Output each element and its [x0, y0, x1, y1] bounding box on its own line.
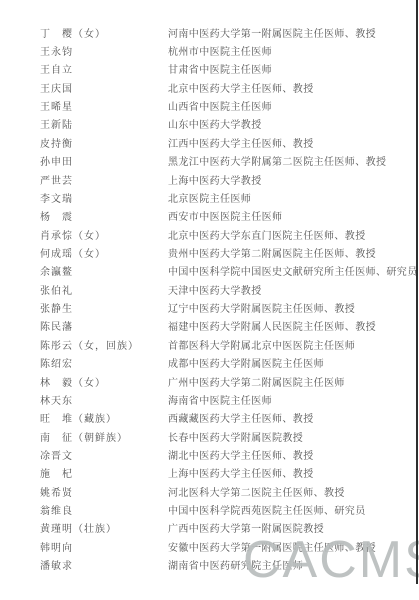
- person-affiliation: 贵州中医药大学第二附属医院主任医师、教授: [168, 245, 419, 260]
- person-affiliation: 西藏藏医药大学主任医师、教授: [168, 410, 419, 425]
- person-name: 王自立: [40, 61, 168, 76]
- list-row: 南 征（朝鲜族）长春中医药大学附属医院教授: [0, 427, 419, 445]
- person-name: 陈绍宏: [40, 355, 168, 370]
- person-affiliation: 首都医科大学附属北京中医医院主任医师: [168, 337, 419, 352]
- list-row: 林 毅（女）广州中医药大学第二附属医院主任医师: [0, 372, 419, 390]
- person-affiliation: 山东中医药大学教授: [168, 116, 419, 131]
- person-name: 翁维良: [40, 502, 168, 517]
- person-affiliation: 福建中医药大学附属人民医院主任医师、教授: [168, 318, 419, 333]
- person-name: 张静生: [40, 300, 168, 315]
- list-row: 王庆国北京中医药大学主任医师、教授: [0, 78, 419, 96]
- person-affiliation: 天津中医药大学教授: [168, 282, 419, 297]
- list-row: 肖承悰（女）北京中医药大学东直门医院主任医师、教授: [0, 225, 419, 243]
- list-row: 孙申田黑龙江中医药大学附属第二医院主任医师、教授: [0, 152, 419, 170]
- person-affiliation: 北京医院主任医师: [168, 190, 419, 205]
- list-row: 余瀛鳌中国中医科学院中国医史文献研究所主任医师、研究员: [0, 262, 419, 280]
- list-row: 王永钧杭州市中医院主任医师: [0, 41, 419, 59]
- list-row: 李文瑞北京医院主任医师: [0, 188, 419, 206]
- person-affiliation: 上海中医药大学主任医师、教授: [168, 465, 419, 480]
- person-name: 何成瑶（女）: [40, 245, 168, 260]
- person-name: 王庆国: [40, 80, 168, 95]
- person-name: 李文瑞: [40, 190, 168, 205]
- person-affiliation: 杭州市中医院主任医师: [168, 43, 419, 58]
- person-name: 潘敏求: [40, 557, 168, 572]
- person-affiliation: 上海中医药大学教授: [168, 172, 419, 187]
- person-name: 王新陆: [40, 116, 168, 131]
- person-affiliation: 河北医科大学第二医院主任医师、教授: [168, 484, 419, 499]
- person-affiliation: 北京中医药大学东直门医院主任医师、教授: [168, 227, 419, 242]
- list-row: 陈彤云（女，回族）首都医科大学附属北京中医医院主任医师: [0, 335, 419, 353]
- person-name: 余瀛鳌: [40, 263, 168, 278]
- person-name: 丁 樱（女）: [40, 25, 168, 40]
- person-name: 南 征（朝鲜族）: [40, 429, 168, 444]
- person-affiliation: 长春中医药大学附属医院教授: [168, 429, 419, 444]
- list-row: 陈民藩福建中医药大学附属人民医院主任医师、教授: [0, 317, 419, 335]
- list-row: 严世芸上海中医药大学教授: [0, 170, 419, 188]
- person-affiliation: 黑龙江中医药大学附属第二医院主任医师、教授: [168, 153, 419, 168]
- person-name: 严世芸: [40, 172, 168, 187]
- person-name: 姚希贤: [40, 484, 168, 499]
- person-name: 陈彤云（女，回族）: [40, 337, 168, 352]
- person-name: 王永钧: [40, 43, 168, 58]
- list-row: 施 杞上海中医药大学主任医师、教授: [0, 464, 419, 482]
- person-affiliation: 江西中医药大学主任医师、教授: [168, 135, 419, 150]
- person-affiliation: 山西省中医院主任医师: [168, 98, 419, 113]
- person-affiliation: 北京中医药大学主任医师、教授: [168, 80, 419, 95]
- person-name: 孙申田: [40, 153, 168, 168]
- person-affiliation: 甘肃省中医院主任医师: [168, 61, 419, 76]
- list-row: 林天东海南省中医院主任医师: [0, 390, 419, 408]
- person-name: 陈民藩: [40, 318, 168, 333]
- person-name: 凃晋文: [40, 447, 168, 462]
- list-row: 张伯礼天津中医药大学教授: [0, 280, 419, 298]
- person-affiliation: 河南中医药大学第一附属医院主任医师、教授: [168, 25, 419, 40]
- list-row: 陈绍宏成都中医药大学附属医院主任医师: [0, 353, 419, 371]
- person-name: 杨 震: [40, 208, 168, 223]
- person-name: 林 毅（女）: [40, 374, 168, 389]
- list-row: 杨 震西安市中医医院主任医师: [0, 207, 419, 225]
- page-right-border: [416, 0, 418, 584]
- person-name: 韩明向: [40, 539, 168, 554]
- person-affiliation: 中国中医科学院中国医史文献研究所主任医师、研究员: [168, 263, 419, 278]
- person-affiliation: 湖北中医药大学主任医师、教授: [168, 447, 419, 462]
- person-name: 施 杞: [40, 465, 168, 480]
- person-affiliation: 成都中医药大学附属医院主任医师: [168, 355, 419, 370]
- list-row: 皮持衡江西中医药大学主任医师、教授: [0, 133, 419, 151]
- list-row: 王自立甘肃省中医院主任医师: [0, 60, 419, 78]
- person-affiliation: 中国中医科学院西苑医院主任医师、研究员: [168, 502, 419, 517]
- person-affiliation: 广州中医药大学第二附属医院主任医师: [168, 374, 419, 389]
- watermark-text: CACMS: [243, 534, 419, 586]
- doctor-list: 丁 樱（女）河南中医药大学第一附属医院主任医师、教授王永钧杭州市中医院主任医师王…: [0, 23, 419, 574]
- person-affiliation: 辽宁中医药大学附属医院主任医师、教授: [168, 300, 419, 315]
- person-affiliation: 海南省中医院主任医师: [168, 392, 419, 407]
- person-name: 王晞星: [40, 98, 168, 113]
- person-name: 黄瑾明（壮族）: [40, 520, 168, 535]
- person-name: 旺 堆（藏族）: [40, 410, 168, 425]
- list-row: 姚希贤河北医科大学第二医院主任医师、教授: [0, 482, 419, 500]
- list-row: 张静生辽宁中医药大学附属医院主任医师、教授: [0, 298, 419, 316]
- list-row: 王新陆山东中医药大学教授: [0, 115, 419, 133]
- list-row: 凃晋文湖北中医药大学主任医师、教授: [0, 445, 419, 463]
- document-page: 丁 樱（女）河南中医药大学第一附属医院主任医师、教授王永钧杭州市中医院主任医师王…: [0, 0, 419, 600]
- person-affiliation: 西安市中医医院主任医师: [168, 208, 419, 223]
- person-name: 张伯礼: [40, 282, 168, 297]
- person-name: 皮持衡: [40, 135, 168, 150]
- list-row: 旺 堆（藏族）西藏藏医药大学主任医师、教授: [0, 409, 419, 427]
- list-row: 王晞星山西省中医院主任医师: [0, 96, 419, 114]
- list-row: 翁维良中国中医科学院西苑医院主任医师、研究员: [0, 500, 419, 518]
- person-name: 林天东: [40, 392, 168, 407]
- person-name: 肖承悰（女）: [40, 227, 168, 242]
- list-row: 何成瑶（女）贵州中医药大学第二附属医院主任医师、教授: [0, 243, 419, 261]
- list-row: 丁 樱（女）河南中医药大学第一附属医院主任医师、教授: [0, 23, 419, 41]
